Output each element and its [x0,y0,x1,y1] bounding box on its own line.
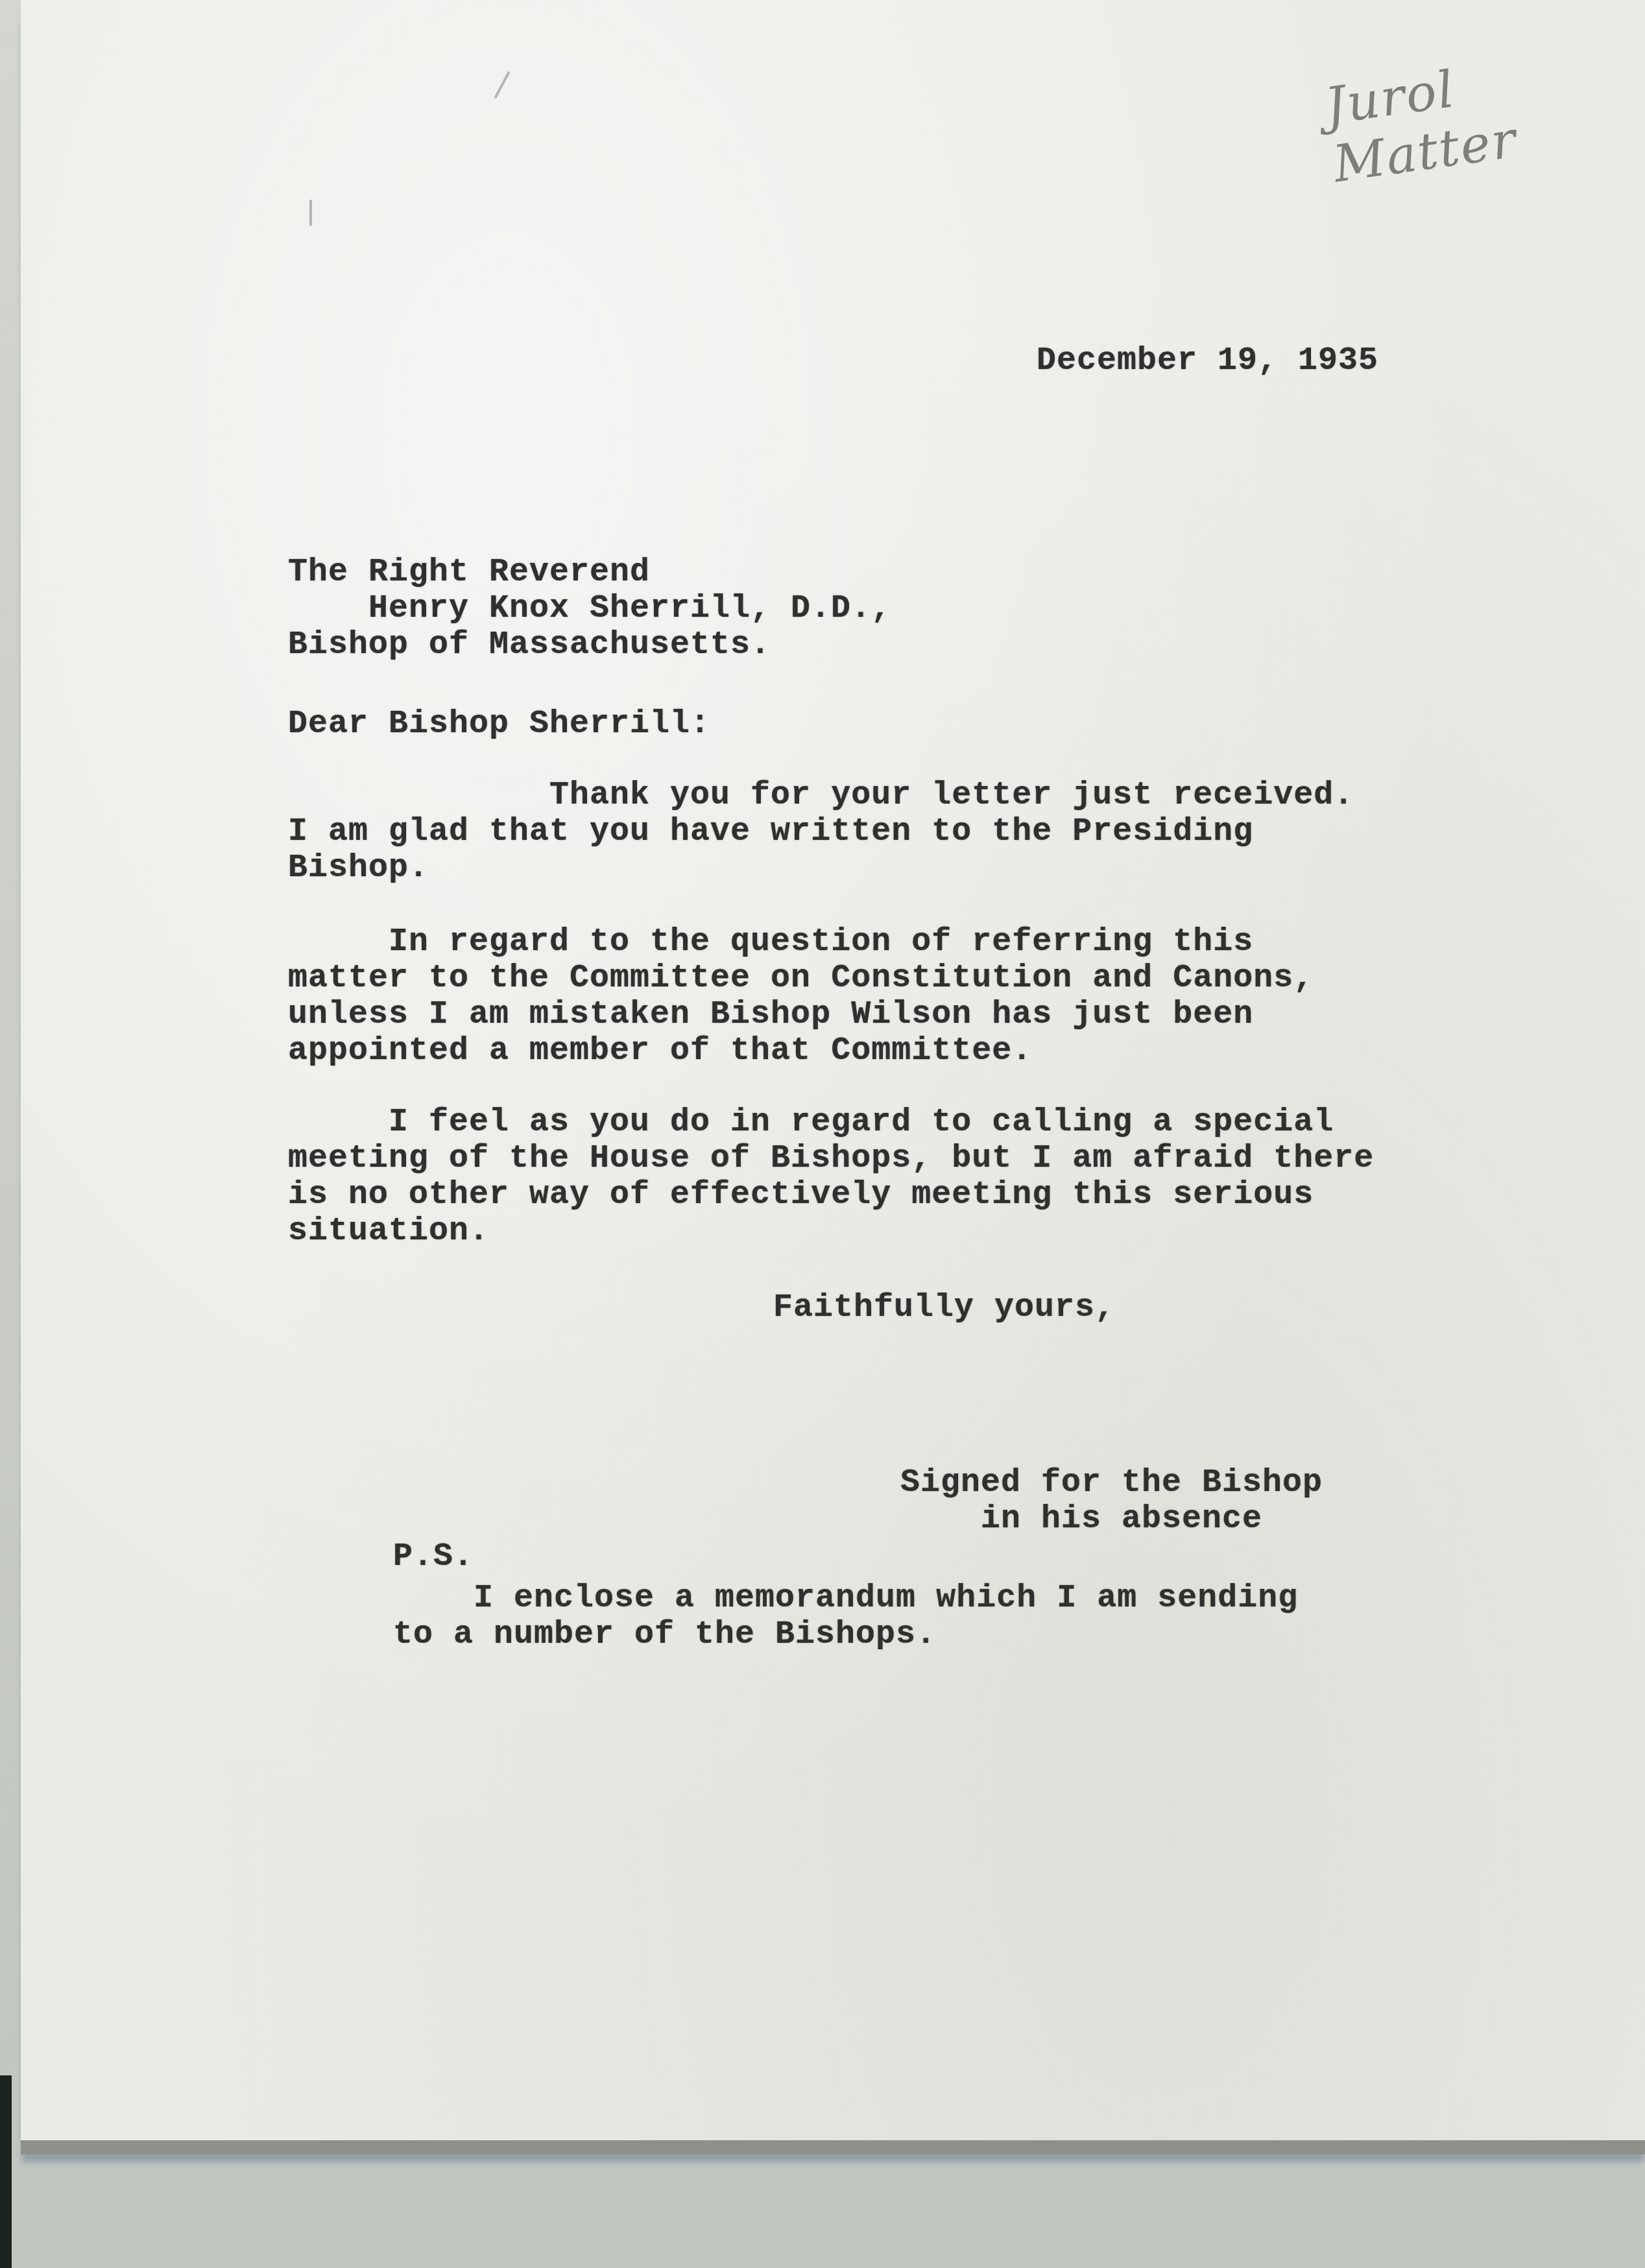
postscript-label: P.S. [393,1538,474,1576]
address-line: The Right Reverend [288,554,650,591]
address-line: Henry Knox Sherrill, D.D., [368,590,891,628]
closing: Faithfully yours, [773,1289,1115,1327]
paragraph-line: unless I am mistaken Bishop Wilson has j… [288,996,1253,1034]
postscript-line: to a number of the Bishops. [393,1616,936,1654]
signature-line: in his absence [981,1501,1262,1538]
pencil-mark [494,71,510,99]
paragraph-line: matter to the Committee on Constitution … [288,960,1314,997]
address-line: Bishop of Massachusetts. [288,627,771,664]
letter-page [21,0,1645,2140]
paragraph-line: is no other way of effectively meeting t… [288,1176,1314,1214]
paragraph-line: Bishop. [288,850,429,887]
paragraph-line: meeting of the House of Bishops, but I a… [288,1140,1374,1178]
pencil-mark [309,200,312,226]
signature-line: Signed for the Bishop [900,1464,1323,1502]
paragraph-line: situation. [288,1213,489,1250]
letter-date: December 19, 1935 [1037,342,1378,380]
paragraph-line: I feel as you do in regard to calling a … [288,1104,1334,1141]
paragraph-line: I am glad that you have written to the P… [288,813,1253,851]
postscript-line: I enclose a memorandum which I am sendin… [393,1580,1298,1617]
paragraph-line: In regard to the question of referring t… [288,924,1253,961]
salutation: Dear Bishop Sherrill: [288,706,710,743]
scanner-edge [0,2075,12,2268]
paragraph-line: appointed a member of that Committee. [288,1033,1032,1070]
paragraph-line: Thank you for your letter just received. [288,777,1354,815]
